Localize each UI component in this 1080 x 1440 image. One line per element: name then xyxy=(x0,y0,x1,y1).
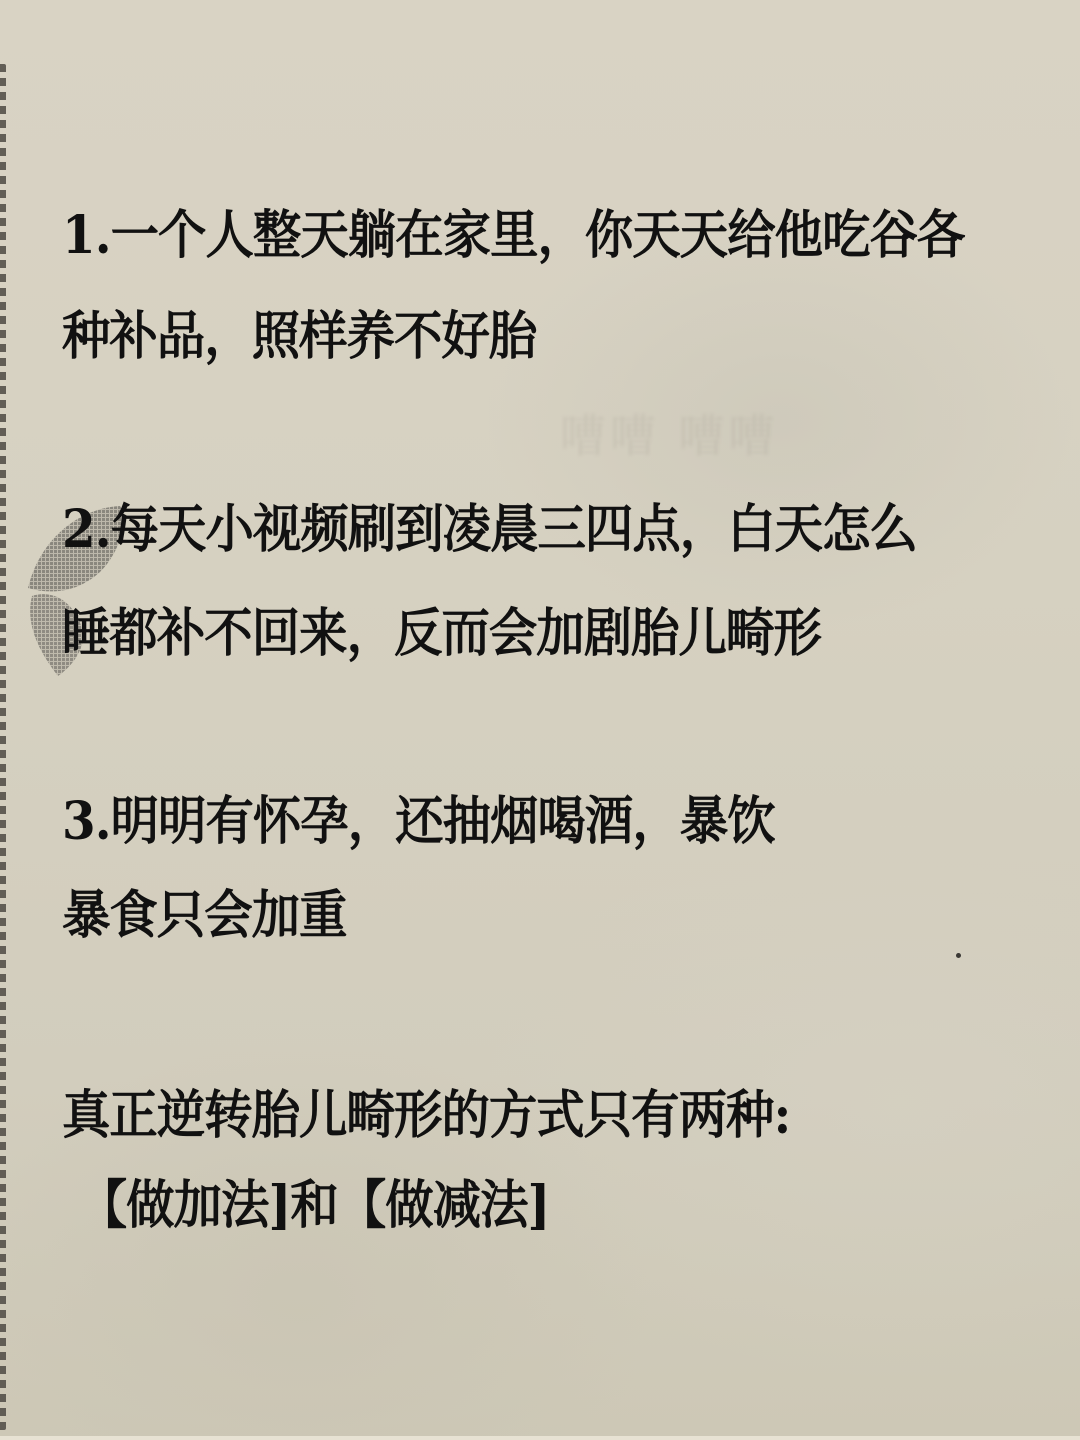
conclusion-paragraph: 真正逆转胎儿畸形的方式只有两种: 【做加法]和【做减法] xyxy=(62,1090,790,1232)
paper-bottom-edge xyxy=(0,1436,1080,1440)
paragraph-2-line-1: 2.每天小视频刷到凌晨三四点，白天怎么 xyxy=(62,504,917,556)
paragraph-2-line-2: 睡都补不回来，反而会加剧胎儿畸形 xyxy=(62,608,917,660)
conclusion-line-2: 【做加法]和【做减法] xyxy=(79,1180,791,1232)
paragraph-2: 2.每天小视频刷到凌晨三四点，白天怎么 睡都补不回来，反而会加剧胎儿畸形 xyxy=(62,504,917,660)
paragraph-1-line-2: 种补品，照样养不好胎 xyxy=(62,311,964,363)
paragraph-3-line-1: 3.明明有怀孕，还抽烟喝酒，暴饮 xyxy=(62,796,775,848)
conclusion-line-1: 真正逆转胎儿畸形的方式只有两种: xyxy=(62,1090,790,1142)
perforated-edge xyxy=(0,64,6,1430)
paragraph-1-line-1: 1.一个人整天躺在家里，你天天给他吃谷各 xyxy=(62,210,964,262)
paragraph-1: 1.一个人整天躺在家里，你天天给他吃谷各 种补品，照样养不好胎 xyxy=(62,210,964,363)
paragraph-3-line-2: 暴食只会加重 xyxy=(62,890,775,942)
show-through-text: 嘈嘈 嘈嘈 xyxy=(560,400,779,466)
ink-speck xyxy=(956,953,961,958)
paragraph-3: 3.明明有怀孕，还抽烟喝酒，暴饮 暴食只会加重 xyxy=(62,796,775,942)
